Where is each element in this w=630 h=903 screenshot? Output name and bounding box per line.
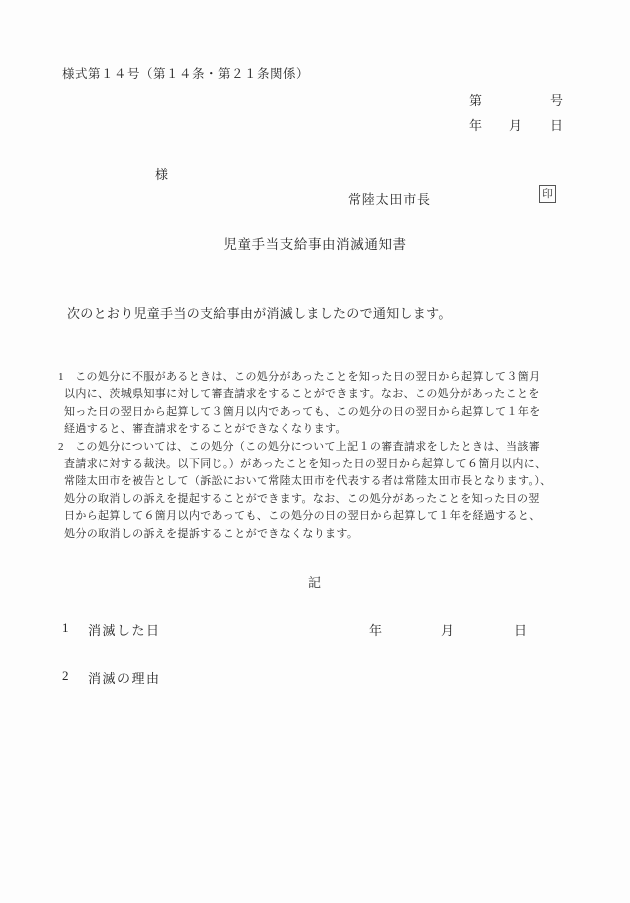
form-number: 様式第１４号（第１４条・第２１条関係） <box>62 64 309 82</box>
doc-number-suffix-label: 号 <box>550 90 563 109</box>
issue-date-day-label: 日 <box>550 115 563 134</box>
intro-text: 次のとおり児童手当の支給事由が消滅しましたので通知します。 <box>67 303 452 322</box>
doc-number-prefix-label: 第 <box>469 90 482 109</box>
detail-item-1-month-label: 月 <box>441 620 454 639</box>
note-line: 知った日の翌日から起算して３箇月以内であっても、この処分の日の翌日から起算して１… <box>64 404 552 421</box>
detail-item-1-day-label: 日 <box>514 620 527 639</box>
detail-item-1-year-label: 年 <box>369 620 382 639</box>
document-page: 様式第１４号（第１４条・第２１条関係） 第 号 年 月 日 様 常陸太田市長 印… <box>0 0 630 903</box>
document-title: 児童手当支給事由消滅通知書 <box>0 233 630 253</box>
notes-section: 1 この処分に不服があるときは、この処分があったことを知った日の翌日から起算して… <box>64 369 552 543</box>
record-marker: 記 <box>0 572 630 591</box>
note-item-2: 2 この処分については、この処分（この処分について上記１の審査請求をしたときは、… <box>64 439 552 543</box>
note-line: 1 この処分に不服があるときは、この処分があったことを知った日の翌日から起算して… <box>58 369 552 386</box>
note-line: 処分の取消しの訴えを提起することができます。なお、この処分があったことを知った日… <box>64 491 552 508</box>
note-line: 処分の取消しの訴えを提訴することができなくなります。 <box>64 526 552 543</box>
detail-item-1-number: 1 <box>62 620 69 636</box>
sender-title: 常陸太田市長 <box>348 189 431 208</box>
addressee-honorific: 様 <box>155 164 168 183</box>
detail-item-1-label: 消滅した日 <box>88 620 161 639</box>
seal-mark: 印 <box>539 185 556 203</box>
issue-date-year-label: 年 <box>469 115 482 134</box>
note-line: 日から起算して６箇月以内であっても、この処分の日の翌日から起算して１年を経過する… <box>64 508 552 525</box>
detail-item-2-label: 消滅の理由 <box>88 668 161 687</box>
note-item-1: 1 この処分に不服があるときは、この処分があったことを知った日の翌日から起算して… <box>64 369 552 439</box>
note-line: 2 この処分については、この処分（この処分について上記１の審査請求をしたときは、… <box>58 439 552 456</box>
detail-item-2-number: 2 <box>62 668 69 684</box>
note-line: 査請求に対する裁決。以下同じ。）があったことを知った日の翌日から起算して６箇月以… <box>64 456 552 473</box>
note-line: 以内に、茨城県知事に対して審査請求をすることができます。なお、この処分があったこ… <box>64 386 552 403</box>
note-line: 経過すると、審査請求をすることができなくなります。 <box>64 421 552 438</box>
issue-date-month-label: 月 <box>509 115 522 134</box>
note-line: 常陸太田市を被告として（訴訟において常陸太田市を代表する者は常陸太田市長となりま… <box>64 473 552 490</box>
